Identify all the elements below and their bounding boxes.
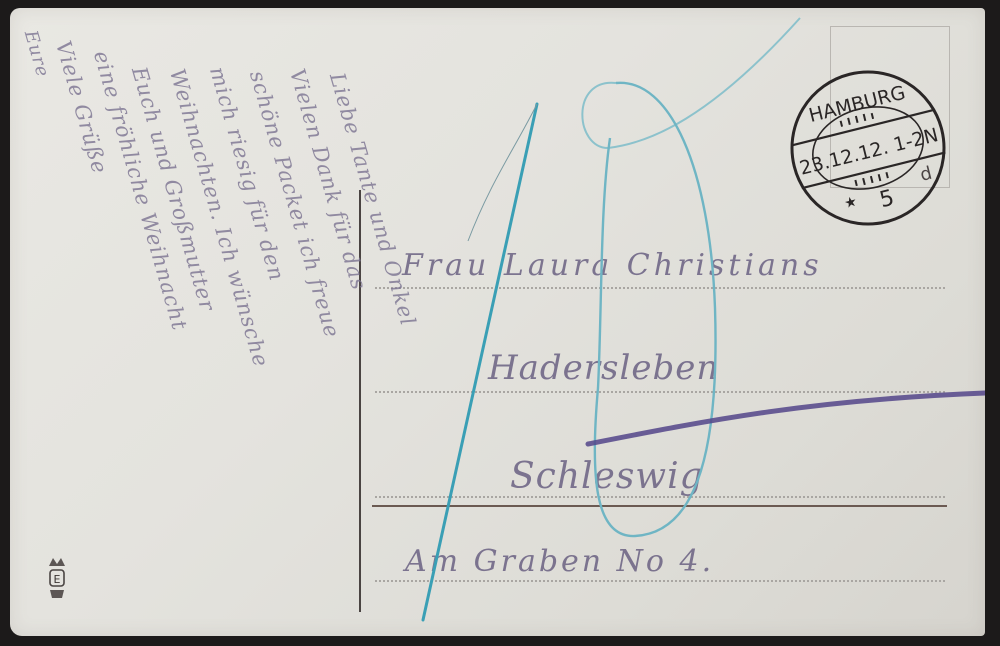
- strike-through-mark: [588, 393, 985, 444]
- postcard: HAMBURG 23.12.12. 1-2N ★ 5 d Frau Lau: [10, 8, 985, 636]
- crayon-marks: [10, 8, 985, 636]
- postage-due-mark: [423, 18, 800, 620]
